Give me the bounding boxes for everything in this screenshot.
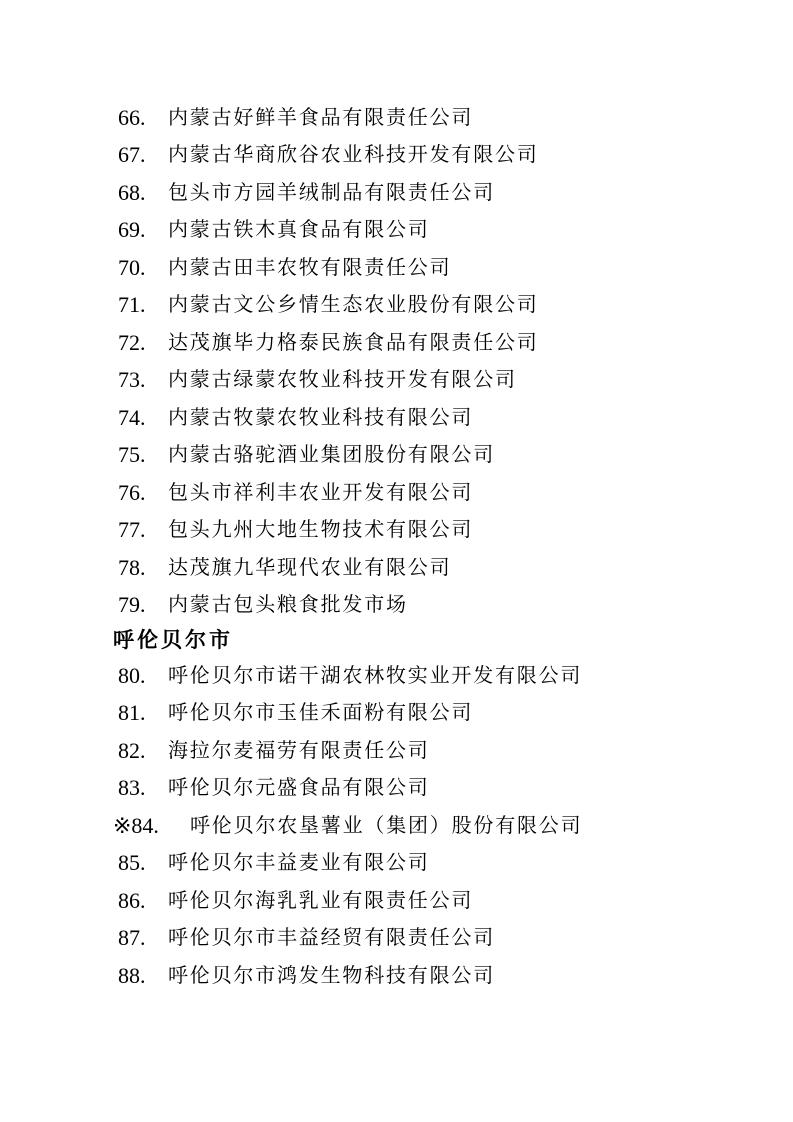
item-number: 66.: [118, 107, 168, 129]
list-item: 66.内蒙古好鲜羊食品有限责任公司: [113, 99, 753, 137]
item-name: 呼伦贝尔市玉佳禾面粉有限公司: [168, 703, 473, 723]
item-number: 85.: [118, 852, 168, 874]
item-name: 海拉尔麦福劳有限责任公司: [168, 741, 430, 761]
item-number: 72.: [118, 332, 168, 354]
item-number: 71.: [118, 294, 168, 316]
list-item: 77.包头九州大地生物技术有限公司: [113, 512, 753, 550]
item-name: 呼伦贝尔市鸿发生物科技有限公司: [168, 966, 495, 986]
list-item: 75.内蒙古骆驼酒业集团股份有限公司: [113, 437, 753, 475]
item-number: 81.: [118, 702, 168, 724]
item-number: 68.: [118, 182, 168, 204]
item-name: 内蒙古好鲜羊食品有限责任公司: [168, 108, 473, 128]
item-number: 82.: [118, 740, 168, 762]
item-name: 呼伦贝尔海乳乳业有限责任公司: [168, 891, 473, 911]
list-item: 82.海拉尔麦福劳有限责任公司: [113, 732, 753, 770]
list-item: 87.呼伦贝尔市丰益经贸有限责任公司: [113, 920, 753, 958]
item-name: 内蒙古骆驼酒业集团股份有限公司: [168, 445, 495, 465]
list-item: 73.内蒙古绿蒙农牧业科技开发有限公司: [113, 362, 753, 400]
item-number: 87.: [118, 927, 168, 949]
item-name: 呼伦贝尔丰益麦业有限公司: [168, 853, 430, 873]
item-name: 内蒙古田丰农牧有限责任公司: [168, 258, 451, 278]
item-name: 内蒙古牧蒙农牧业科技有限公司: [168, 408, 473, 428]
item-name: 包头市方园羊绒制品有限责任公司: [168, 183, 495, 203]
list-item: 70.内蒙古田丰农牧有限责任公司: [113, 249, 753, 287]
item-number: 83.: [118, 777, 168, 799]
item-name: 包头市祥利丰农业开发有限公司: [168, 483, 473, 503]
item-name: 内蒙古文公乡情生态农业股份有限公司: [168, 295, 539, 315]
item-name: 包头九州大地生物技术有限公司: [168, 520, 473, 540]
list-item: 67.内蒙古华商欣谷农业科技开发有限公司: [113, 137, 753, 175]
list-item: 81.呼伦贝尔市玉佳禾面粉有限公司: [113, 695, 753, 733]
list-item: ※84.呼伦贝尔农垦薯业（集团）股份有限公司: [113, 807, 753, 845]
item-number: 70.: [118, 257, 168, 279]
item-number: 67.: [118, 144, 168, 166]
item-name: 内蒙古绿蒙农牧业科技开发有限公司: [168, 370, 517, 390]
company-list: 66.内蒙古好鲜羊食品有限责任公司67.内蒙古华商欣谷农业科技开发有限公司68.…: [0, 0, 793, 995]
list-item: 83.呼伦贝尔元盛食品有限公司: [113, 770, 753, 808]
section-heading: 呼伦贝尔市: [113, 624, 753, 657]
list-item: 69.内蒙古铁木真食品有限公司: [113, 212, 753, 250]
item-name: 内蒙古包头粮食批发市场: [168, 595, 408, 615]
document-page: 66.内蒙古好鲜羊食品有限责任公司67.内蒙古华商欣谷农业科技开发有限公司68.…: [0, 0, 793, 1122]
list-item: 74.内蒙古牧蒙农牧业科技有限公司: [113, 399, 753, 437]
item-name: 内蒙古华商欣谷农业科技开发有限公司: [168, 145, 539, 165]
item-name: 呼伦贝尔市丰益经贸有限责任公司: [168, 928, 495, 948]
list-item: 76.包头市祥利丰农业开发有限公司: [113, 474, 753, 512]
list-item: 78.达茂旗九华现代农业有限公司: [113, 549, 753, 587]
item-number: 69.: [118, 219, 168, 241]
list-item: 88.呼伦贝尔市鸿发生物科技有限公司: [113, 957, 753, 995]
item-number: 80.: [118, 665, 168, 687]
item-number: 88.: [118, 965, 168, 987]
list-item: 72.达茂旗毕力格泰民族食品有限责任公司: [113, 324, 753, 362]
item-name: 呼伦贝尔农垦薯业（集团）股份有限公司: [190, 816, 582, 836]
list-item: 80.呼伦贝尔市诺干湖农林牧实业开发有限公司: [113, 657, 753, 695]
list-item: 86.呼伦贝尔海乳乳业有限责任公司: [113, 882, 753, 920]
item-name: 呼伦贝尔元盛食品有限公司: [168, 778, 430, 798]
item-number: 76.: [118, 482, 168, 504]
item-name: 内蒙古铁木真食品有限公司: [168, 220, 430, 240]
list-item: 71.内蒙古文公乡情生态农业股份有限公司: [113, 287, 753, 325]
item-number: 77.: [118, 519, 168, 541]
item-number: 78.: [118, 557, 168, 579]
item-number: 86.: [118, 890, 168, 912]
item-number: 79.: [118, 594, 168, 616]
list-item: 79.内蒙古包头粮食批发市场: [113, 587, 753, 625]
item-name: 达茂旗九华现代农业有限公司: [168, 558, 451, 578]
item-name: 呼伦贝尔市诺干湖农林牧实业开发有限公司: [168, 666, 582, 686]
item-number: 74.: [118, 407, 168, 429]
item-name: 达茂旗毕力格泰民族食品有限责任公司: [168, 333, 539, 353]
item-number: 73.: [118, 369, 168, 391]
list-item: 68.包头市方园羊绒制品有限责任公司: [113, 174, 753, 212]
item-number: 75.: [118, 444, 168, 466]
list-item: 85.呼伦贝尔丰益麦业有限公司: [113, 845, 753, 883]
item-number: ※84.: [113, 815, 190, 837]
